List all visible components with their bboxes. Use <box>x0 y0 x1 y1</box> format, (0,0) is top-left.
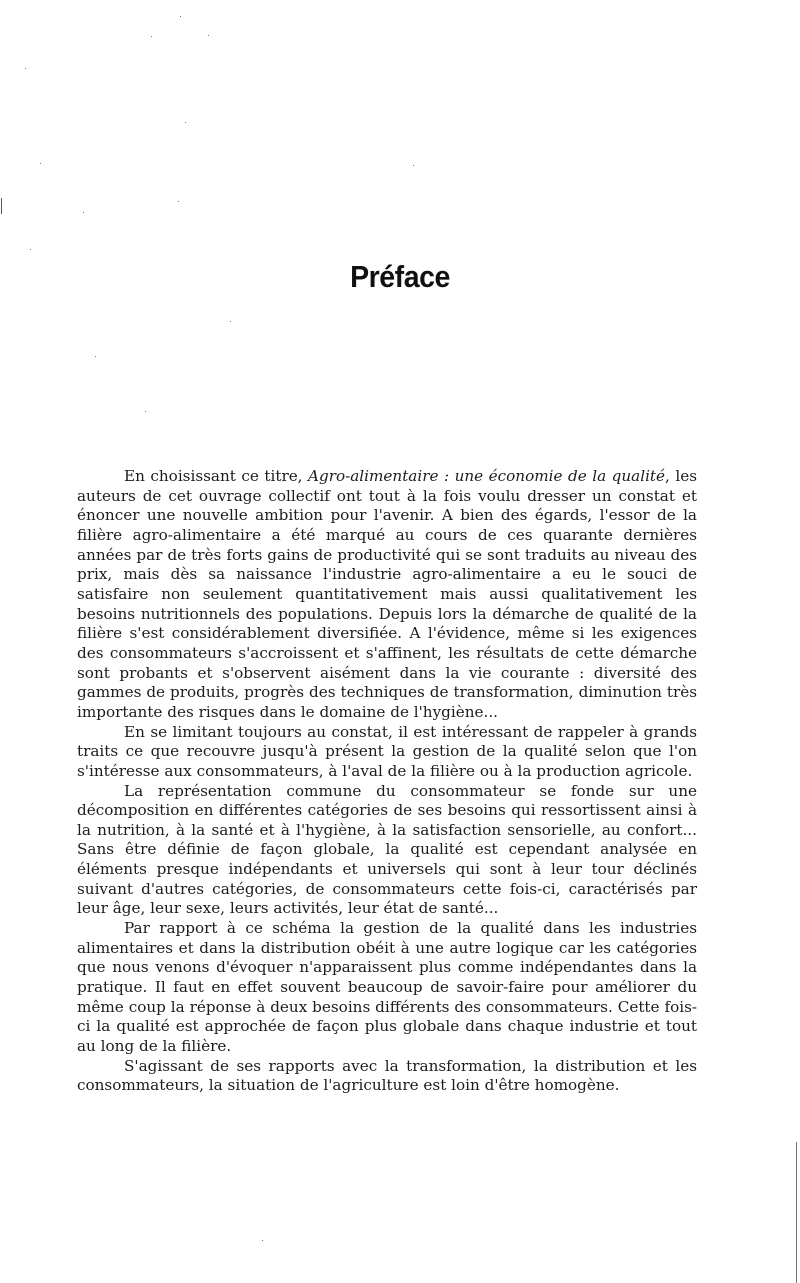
scan-speck <box>151 36 152 37</box>
scan-margin-left-rule <box>1 198 2 214</box>
paragraph-3: La représentation commune du consommateu… <box>77 782 697 920</box>
scan-speck <box>95 356 96 357</box>
preface-body: En choisissant ce titre, Agro-alimentair… <box>77 467 697 1096</box>
paragraph-1-lead: En choisissant ce titre, <box>124 467 308 485</box>
scan-speck <box>185 122 186 123</box>
scan-speck <box>262 1240 263 1241</box>
scan-speck <box>178 201 179 202</box>
scan-speck <box>30 249 31 250</box>
book-title-italic: Agro-alimentaire : une économie de la qu… <box>308 467 665 485</box>
scan-margin-right-rule <box>796 1142 797 1283</box>
paragraph-2: En se limitant toujours au constat, il e… <box>77 723 697 782</box>
paragraph-4: Par rapport à ce schéma la gestion de la… <box>77 919 697 1057</box>
scan-speck <box>25 68 26 69</box>
scan-speck <box>83 212 84 213</box>
paragraph-1-rest: , les auteurs de cet ouvrage collectif o… <box>77 467 697 721</box>
scan-speck <box>413 165 414 166</box>
page-title: Préface <box>32 259 768 295</box>
scan-speck <box>40 163 41 164</box>
scan-speck <box>180 16 181 17</box>
paragraph-1: En choisissant ce titre, Agro-alimentair… <box>77 467 697 723</box>
scan-speck <box>208 35 209 36</box>
scan-speck <box>145 411 146 412</box>
scan-speck <box>230 321 231 322</box>
paragraph-5: S'agissant de ses rapports avec la trans… <box>77 1057 697 1096</box>
